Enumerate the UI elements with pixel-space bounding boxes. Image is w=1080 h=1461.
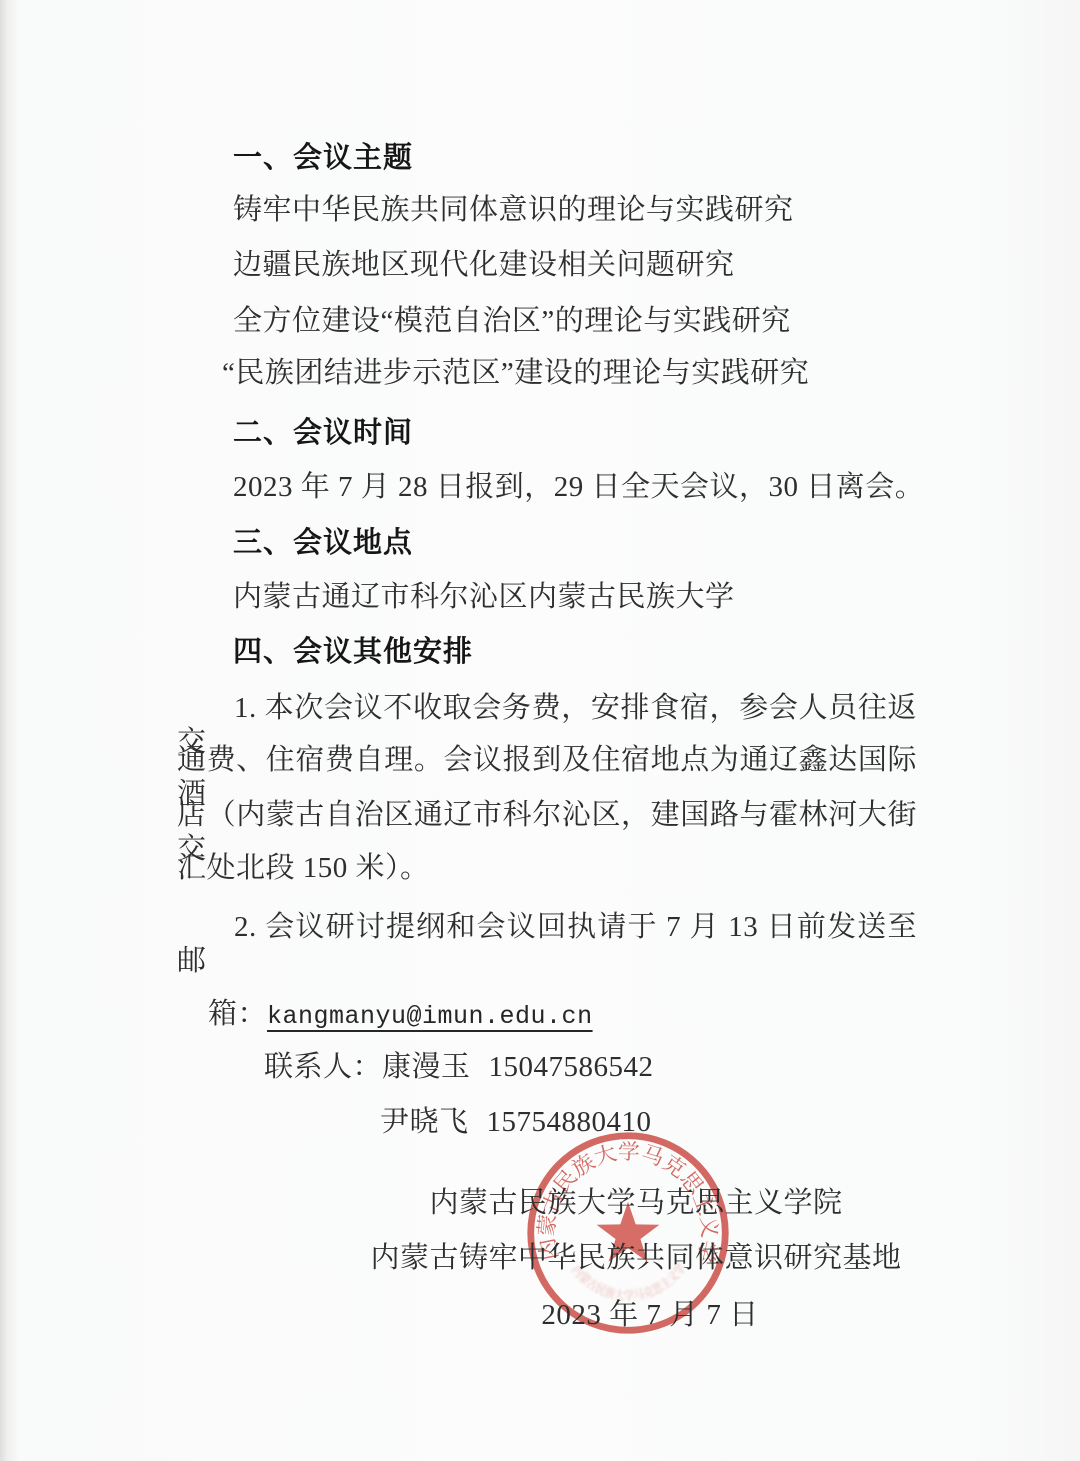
- signature-org-line-2: 内蒙古铸牢中华民族共同体意识研究基地: [370, 1241, 901, 1275]
- section-heading-1: 一、会议主题: [233, 141, 413, 175]
- section-heading-3: 三、会议地点: [233, 526, 413, 560]
- section-heading-2: 二、会议时间: [233, 416, 413, 450]
- paragraph1-line-4: 汇处北段 150 米）。: [177, 851, 917, 885]
- section-heading-4: 四、会议其他安排: [233, 635, 473, 669]
- contact2-name: 尹晓飞: [380, 1106, 469, 1138]
- meeting-location-line: 内蒙古通辽市科尔沁区内蒙古民族大学: [233, 580, 735, 614]
- topic-line-2: 边疆民族地区现代化建设相关问题研究: [233, 248, 735, 282]
- meeting-time-line: 2023 年 7 月 28 日报到，29 日全天会议，30 日离会。: [233, 470, 924, 504]
- topic-line-4: “民族团结进步示范区”建设的理论与实践研究: [222, 356, 809, 390]
- scanned-document-page: 一、会议主题 铸牢中华民族共同体意识的理论与实践研究 边疆民族地区现代化建设相关…: [0, 0, 1080, 1461]
- signature-date: 2023 年 7 月 7 日: [541, 1298, 758, 1332]
- topic-line-1: 铸牢中华民族共同体意识的理论与实践研究: [233, 193, 794, 227]
- topic-line-3: 全方位建设“模范自治区”的理论与实践研究: [233, 304, 791, 338]
- signature-org-line-1: 内蒙古民族大学马克思主义学院: [429, 1186, 842, 1220]
